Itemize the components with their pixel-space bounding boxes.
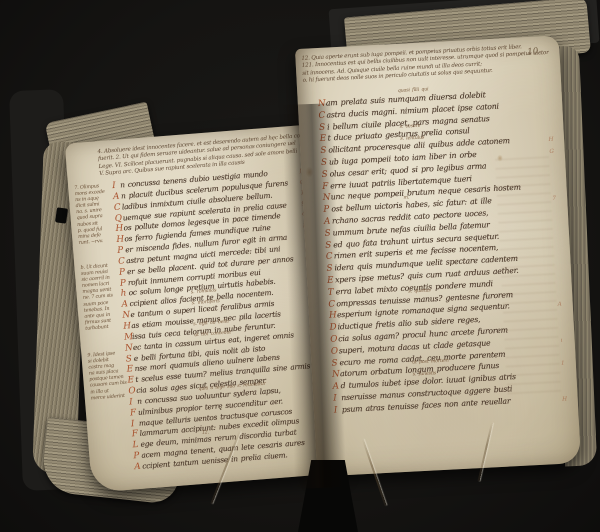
margin-mark bbox=[544, 100, 555, 112]
parchment-crease bbox=[478, 422, 493, 481]
margin-mark bbox=[545, 123, 556, 135]
margin-mark: H bbox=[546, 135, 557, 147]
fore-edge-tab-mark bbox=[55, 207, 68, 223]
margin-mark bbox=[543, 88, 554, 100]
manuscript-photo: 4. Absoluere idest innocentes facere. et… bbox=[0, 0, 600, 532]
interlinear-gloss: m. bbox=[403, 196, 409, 201]
parchment-crease bbox=[362, 439, 387, 506]
margin-mark bbox=[545, 111, 556, 123]
interlinear-gloss: 12. bbox=[202, 431, 209, 436]
right-top-gloss: 12. Quia aperte erunt sub iuga pompeii. … bbox=[301, 43, 554, 85]
margin-mark: H bbox=[559, 394, 570, 406]
